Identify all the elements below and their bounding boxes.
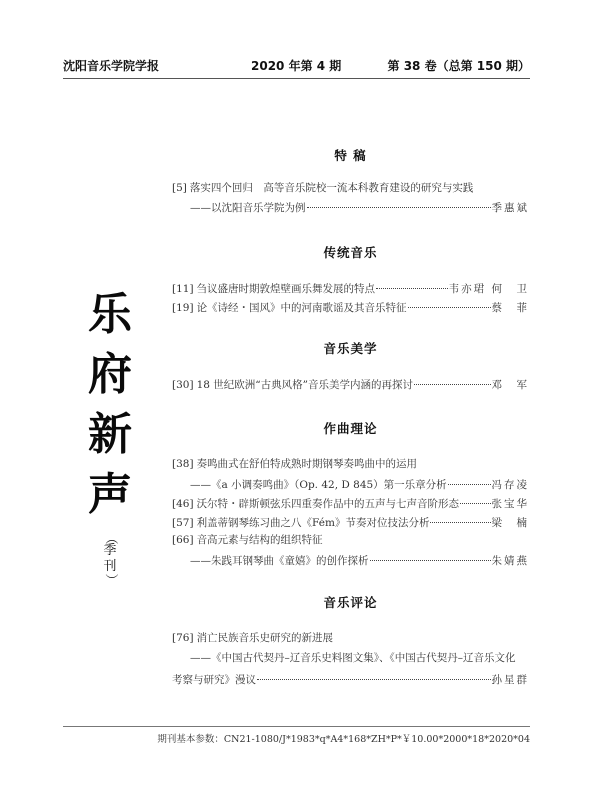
section-heading: 音乐评论 [172,593,529,611]
section-heading: 作曲理论 [172,419,529,437]
article-title: 18 世纪欧洲“古典风格”音乐美学内涵的再探讨 [197,377,413,393]
article-title: 刍议盛唐时期敦煌壁画乐舞发展的特点 [197,281,376,297]
column-title-char: 府 [84,345,136,405]
volume-label: 第 38 卷（总第 150 期） [388,57,530,74]
toc-entry[interactable]: [38] 奏鸣曲式在舒伯特成熟时期钢琴奏鸣曲中的运用 [172,456,529,472]
subtitle-close-paren: ） [105,554,115,606]
page-number: [30] [172,377,194,393]
dot-leader [370,548,491,561]
author: 冯存凌 [492,477,530,493]
toc-entry[interactable]: [76] 消亡民族音乐史研究的新进展 [172,630,529,646]
journal-name: 沈阳音乐学院学报 [63,57,159,74]
column-title-char: 新 [84,405,136,465]
page-number: [38] [172,456,194,472]
article-title: 沃尔特・辟斯顿弦乐四重奏作品中的五声与七声音阶形态 [197,496,460,512]
dot-leader [257,667,491,680]
toc-entry[interactable]: [46] 沃尔特・辟斯顿弦乐四重奏作品中的五声与七声音阶形态 张宝华 [172,494,529,510]
column-title-vertical: 乐 府 新 声 （ 季 刊 ） [84,285,136,585]
section-heading: 传统音乐 [172,243,529,261]
page-number: [5] [172,180,187,196]
toc-entry-subtitle[interactable]: ——《a 小调奏鸣曲》（Op. 42, D 845）第一乐章分析 冯存凌 [172,475,529,491]
author: 孙星群 [492,672,530,688]
page-number: [46] [172,496,194,512]
article-subtitle: ——《a 小调奏鸣曲》（Op. 42, D 845）第一乐章分析 [190,477,447,493]
toc-entry[interactable]: [30] 18 世纪欧洲“古典风格”音乐美学内涵的再探讨 邓 军 [172,375,529,391]
page-number: [19] [172,300,194,316]
toc-entry-subtitle[interactable]: ——以沈阳音乐学院为例 季惠斌 [172,198,529,214]
author: 邓 军 [492,377,530,393]
page-number: [11] [172,281,194,297]
article-title: 落实四个回归 高等音乐院校一流本科教育建设的研究与实践 [190,180,474,196]
dot-leader [307,195,491,208]
article-title: 论《诗经・国风》中的河南歌谣及其音乐特征 [197,300,407,316]
running-header: 沈阳音乐学院学报 2020 年第 4 期 第 38 卷（总第 150 期） [63,54,530,79]
author: 朱婧燕 [492,553,530,569]
toc-entry[interactable]: [5] 落实四个回归 高等音乐院校一流本科教育建设的研究与实践 [172,180,529,196]
page-number: [66] [172,532,194,548]
author: 蔡 菲 [492,300,530,316]
article-subtitle: ——《中国古代契丹–辽音乐史料图文集》、《中国古代契丹–辽音乐文化 [190,650,516,666]
article-title: 奏鸣曲式在舒伯特成熟时期钢琴奏鸣曲中的运用 [197,456,418,472]
footer-rule [63,726,530,727]
article-subtitle: ——朱践耳钢琴曲《童嬉》的创作探析 [190,553,369,569]
dot-leader [448,472,491,485]
article-subtitle: ——以沈阳音乐学院为例 [190,200,306,216]
author: 张宝华 [492,496,530,512]
toc-entry[interactable]: [19] 论《诗经・国风》中的河南歌谣及其音乐特征 蔡 菲 [172,298,529,314]
section-heading: 特 稿 [172,146,529,164]
toc-entry[interactable]: [66] 音高元素与结构的组织特征 [172,532,529,548]
dot-leader [460,491,490,504]
page-number: [57] [172,515,194,531]
author: 季惠斌 [492,200,530,216]
dot-leader [408,295,491,308]
dot-leader [414,372,491,385]
issue-label: 2020 年第 4 期 [251,57,341,74]
toc-entry-subtitle[interactable]: ——朱践耳钢琴曲《童嬉》的创作探析 朱婧燕 [172,551,529,567]
article-subtitle: 考察与研究》漫议 [172,672,256,688]
dot-leader [430,510,490,523]
journal-parameters: 期刊基本参数：CN21-1080/J*1983*q*A4*168*ZH*P*￥1… [157,731,530,745]
article-title: 音高元素与结构的组织特征 [197,532,323,548]
toc-entry-subtitle[interactable]: ——《中国古代契丹–辽音乐史料图文集》、《中国古代契丹–辽音乐文化 [172,650,529,666]
article-title: 消亡民族音乐史研究的新进展 [197,630,334,646]
dot-leader [376,276,448,289]
author: 梁 楠 [492,515,530,531]
page-number: [76] [172,630,194,646]
section-heading: 音乐美学 [172,339,529,357]
column-subtitle: （ 季 刊 ） [84,533,136,585]
column-title-char: 乐 [84,285,136,345]
toc-entry-subtitle-continued[interactable]: 考察与研究》漫议 孙星群 [172,670,529,686]
toc-entry[interactable]: [11] 刍议盛唐时期敦煌壁画乐舞发展的特点 韦亦珺 何 卫 [172,279,529,295]
article-title: 利盖蒂钢琴练习曲之八《Fém》节奏对位技法分析 [197,515,430,531]
toc-entry[interactable]: [57] 利盖蒂钢琴练习曲之八《Fém》节奏对位技法分析 梁 楠 [172,513,529,529]
